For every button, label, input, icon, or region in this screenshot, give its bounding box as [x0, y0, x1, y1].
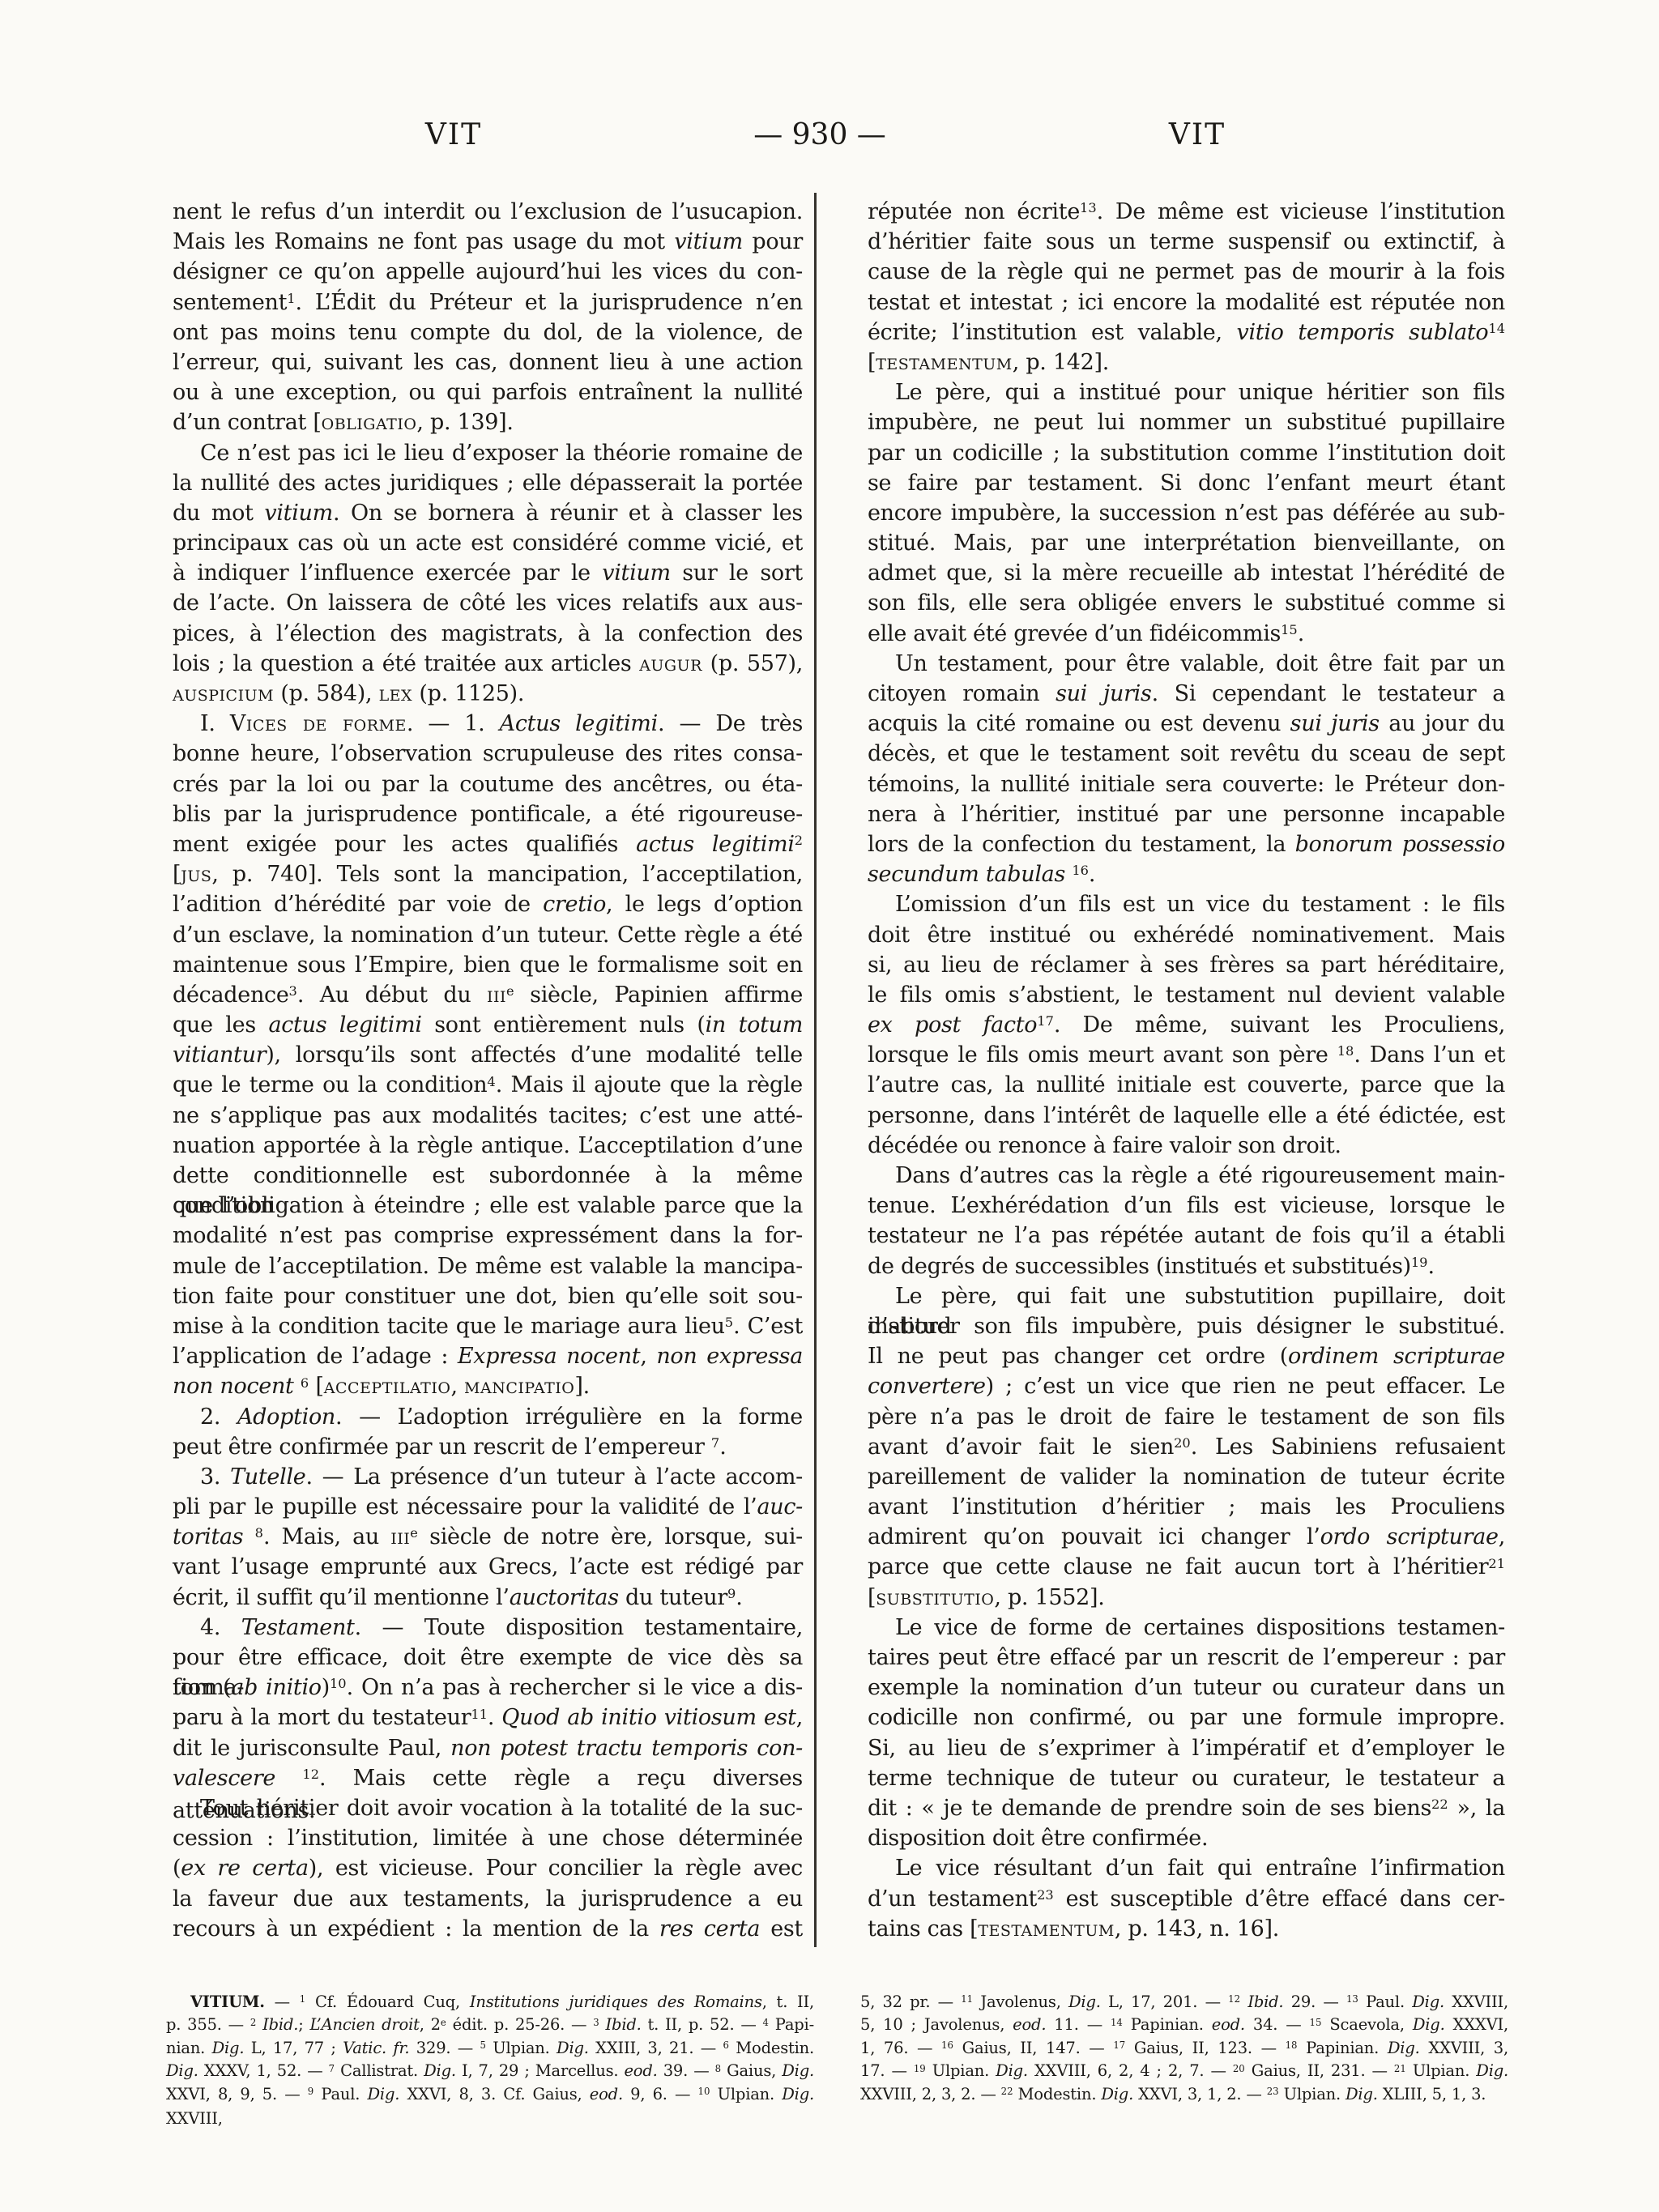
text-line: ex post facto17. De même, suivant les Pr… — [868, 1010, 1505, 1040]
text-line: Il ne peut pas changer cet ordre (ordine… — [868, 1341, 1505, 1371]
footnote-line: XXVI, 8, 9, 5. — 9 Paul. Dig. XXVI, 8, 3… — [166, 2083, 814, 2106]
text-line: citoyen romain sui juris. Si cependant l… — [868, 679, 1505, 709]
text-line: peut être confirmée par un rescrit de l’… — [173, 1432, 803, 1462]
text-line: auspicium (p. 584), lex (p. 1125). — [173, 679, 803, 709]
text-line: 3. Tutelle. — La présence d’un tuteur à … — [173, 1462, 803, 1492]
text-line: le fils omis s’abstient, le testament nu… — [868, 980, 1505, 1010]
text-line: L’omission d’un fils est un vice du test… — [868, 889, 1505, 919]
footnote-line: VITIUM. — 1 Cf. Édouard Cuq, Institution… — [166, 1991, 814, 2014]
text-line: bonne heure, l’observation scrupuleuse d… — [173, 739, 803, 769]
text-line: pices, à l’élection des magistrats, à la… — [173, 619, 803, 649]
text-line: dit le jurisconsulte Paul, non potest tr… — [173, 1733, 803, 1763]
text-line: Le père, qui fait une substutition pupil… — [868, 1281, 1505, 1311]
text-line: [jus, p. 740]. Tels sont la mancipation,… — [173, 859, 803, 889]
running-title-left: VIT — [389, 118, 518, 151]
text-line: instituer son fils impubère, puis désign… — [868, 1311, 1505, 1341]
text-line: 4. Testament. — Toute disposition testam… — [173, 1613, 803, 1643]
running-title-right: VIT — [1132, 118, 1262, 151]
text-line: paru à la mort du testateur11. Quod ab i… — [173, 1703, 803, 1733]
footnote-line: 5, 32 pr. — 11 Javolenus, Dig. L, 17, 20… — [860, 1991, 1508, 2014]
text-line: la faveur due aux testaments, la jurispr… — [173, 1884, 803, 1914]
text-line: recours à un expédient : la mention de l… — [173, 1914, 803, 1944]
text-line: disposition doit être confirmée. — [868, 1823, 1505, 1853]
text-line: que le terme ou la condition4. Mais il a… — [173, 1070, 803, 1100]
text-line: dette conditionnelle est subordonnée à l… — [173, 1161, 803, 1191]
text-line: la nullité des actes juridiques ; elle d… — [173, 468, 803, 498]
footnote-line: Dig. XXXV, 1, 52. — 7 Callistrat. Dig. I… — [166, 2060, 814, 2082]
text-line: tains cas [testamentum, p. 143, n. 16]. — [868, 1914, 1505, 1944]
page-number: — 930 — — [723, 118, 917, 151]
text-line: d’un contrat [obligatio, p. 139]. — [173, 407, 803, 437]
text-line: Ce n’est pas ici le lieu d’exposer la th… — [173, 438, 803, 468]
text-line: mise à la condition tacite que le mariag… — [173, 1311, 803, 1341]
text-line: si, au lieu de réclamer à ses frères sa … — [868, 950, 1505, 980]
text-line: impubère, ne peut lui nommer un substitu… — [868, 407, 1505, 437]
text-line: vant l’usage emprunté aux Grecs, l’acte … — [173, 1552, 803, 1582]
text-line: Tout héritier doit avoir vocation à la t… — [173, 1793, 803, 1823]
text-line: I. Vices de forme. — 1. Actus legitimi. … — [173, 709, 803, 739]
text-line: parce que cette clause ne fait aucun tor… — [868, 1552, 1505, 1582]
text-line: cession : l’institution, limitée à une c… — [173, 1823, 803, 1853]
text-line: de degrés de successibles (institués et … — [868, 1251, 1505, 1281]
text-line: son fils, elle sera obligée envers le su… — [868, 588, 1505, 618]
text-line: nera à l’héritier, institué par une pers… — [868, 799, 1505, 829]
text-line: tenue. L’exhérédation d’un fils est vici… — [868, 1191, 1505, 1221]
text-line: du mot vitium. On se bornera à réunir et… — [173, 498, 803, 528]
text-line: que l’obligation à éteindre ; elle est v… — [173, 1191, 803, 1221]
text-line: acquis la cité romaine ou est devenu sui… — [868, 709, 1505, 739]
text-line: personne, dans l’intérêt de laquelle ell… — [868, 1101, 1505, 1131]
text-line: se faire par testament. Si donc l’enfant… — [868, 468, 1505, 498]
text-line: à indiquer l’influence exercée par le vi… — [173, 558, 803, 588]
text-line: principaux cas où un acte est considéré … — [173, 528, 803, 558]
text-line: valescere 12. Mais cette règle a reçu di… — [173, 1763, 803, 1793]
text-line: tion (ab initio)10. On n’a pas à recherc… — [173, 1673, 803, 1703]
text-line: elle avait été grevée d’un fidéicommis15… — [868, 619, 1505, 649]
text-line: Un testament, pour être valable, doit êt… — [868, 649, 1505, 679]
text-line: [substitutio, p. 1552]. — [868, 1583, 1505, 1613]
column-divider-rule — [814, 193, 817, 1947]
text-line: décadence3. Au début du iiie siècle, Pap… — [173, 980, 803, 1010]
text-line: avant d’avoir fait le sien20. Les Sabini… — [868, 1432, 1505, 1462]
text-line: terme technique de tuteur ou curateur, l… — [868, 1763, 1505, 1793]
text-line: témoins, la nullité initiale sera couver… — [868, 769, 1505, 799]
text-line: ment exigée pour les actes qualifiés act… — [173, 829, 803, 859]
text-line: d’héritier faite sous un terme suspensif… — [868, 227, 1505, 257]
text-line: [testamentum, p. 142]. — [868, 347, 1505, 377]
text-line: testateur ne l’a pas répétée autant de f… — [868, 1221, 1505, 1251]
text-line: l’erreur, qui, suivant les cas, donnent … — [173, 347, 803, 377]
text-line: écrit, il suffit qu’il mentionne l’aucto… — [173, 1583, 803, 1613]
text-line: crés par la loi ou par la coutume des an… — [173, 769, 803, 799]
text-line: sentement1. L’Édit du Préteur et la juri… — [173, 288, 803, 318]
footnote-line: 1, 76. — 16 Gaius, II, 147. — 17 Gaius, … — [860, 2037, 1508, 2060]
text-line: que les actus legitimi sont entièrement … — [173, 1010, 803, 1040]
text-line: désigner ce qu’on appelle aujourd’hui le… — [173, 257, 803, 287]
text-line: avant l’institution d’héritier ; mais le… — [868, 1492, 1505, 1522]
footnote-block-left: VITIUM. — 1 Cf. Édouard Cuq, Institution… — [166, 1991, 814, 2106]
text-line: l’autre cas, la nullité initiale est cou… — [868, 1070, 1505, 1100]
footnote-line: XXVIII, 2, 3, 2. — 22 Modestin. Dig. XXV… — [860, 2083, 1508, 2106]
text-line: dit : « je te demande de prendre soin de… — [868, 1793, 1505, 1823]
text-line: ont pas moins tenu compte du dol, de la … — [173, 318, 803, 347]
text-line: tion faite pour constituer une dot, bien… — [173, 1281, 803, 1311]
text-line: pareillement de valider la nomination de… — [868, 1462, 1505, 1492]
text-line: lois ; la question a été traitée aux art… — [173, 649, 803, 679]
text-line: réputée non écrite13. De même est vicieu… — [868, 197, 1505, 227]
text-line: Le vice de forme de certaines dispositio… — [868, 1613, 1505, 1643]
text-line: 2. Adoption. — L’adoption irrégulière en… — [173, 1402, 803, 1432]
text-line: Si, au lieu de s’exprimer à l’impératif … — [868, 1733, 1505, 1763]
text-line: décès, et que le testament soit revêtu d… — [868, 739, 1505, 769]
footnote-line: 17. — 19 Ulpian. Dig. XXVIII, 6, 2, 4 ; … — [860, 2060, 1508, 2082]
text-line: père n’a pas le droit de faire le testam… — [868, 1402, 1505, 1432]
text-line: secundum tabulas 16. — [868, 859, 1505, 889]
text-line: lorsque le fils omis meurt avant son pèr… — [868, 1040, 1505, 1070]
text-line: non nocent 6 [acceptilatio, mancipatio]. — [173, 1371, 803, 1401]
text-line: taires peut être effacé par un rescrit d… — [868, 1643, 1505, 1673]
text-line: pour être efficace, doit être exempte de… — [173, 1643, 803, 1673]
text-line: blis par la jurisprudence pontificale, a… — [173, 799, 803, 829]
text-line: codicille non confirmé, ou par une formu… — [868, 1703, 1505, 1733]
text-line: pli par le pupille est nécessaire pour l… — [173, 1492, 803, 1522]
left-text-column: nent le refus d’un interdit ou l’exclusi… — [173, 197, 803, 1944]
text-line: cause de la règle qui ne permet pas de m… — [868, 257, 1505, 287]
text-line: écrite; l’institution est valable, vitio… — [868, 318, 1505, 347]
footnote-line: nian. Dig. L, 17, 77 ; Vatic. fr. 329. —… — [166, 2037, 814, 2060]
text-line: lors de la confection du testament, la b… — [868, 829, 1505, 859]
text-line: l’application de l’adage : Expressa noce… — [173, 1341, 803, 1371]
text-line: stitué. Mais, par une interprétation bie… — [868, 528, 1505, 558]
footnote-block-right: 5, 32 pr. — 11 Javolenus, Dig. L, 17, 20… — [860, 1991, 1508, 2106]
text-line: exemple la nomination d’un tuteur ou cur… — [868, 1673, 1505, 1703]
text-line: décédée ou renonce à faire valoir son dr… — [868, 1131, 1505, 1161]
text-line: nent le refus d’un interdit ou l’exclusi… — [173, 197, 803, 227]
text-line: maintenue sous l’Empire, bien que le for… — [173, 950, 803, 980]
text-line: doit être institué ou exhérédé nominativ… — [868, 920, 1505, 950]
text-line: vitiantur), lorsqu’ils sont affectés d’u… — [173, 1040, 803, 1070]
text-line: l’adition d’hérédité par voie de cretio,… — [173, 889, 803, 919]
text-line: d’un esclave, la nomination d’un tuteur.… — [173, 920, 803, 950]
text-line: ou à une exception, ou qui parfois entra… — [173, 377, 803, 407]
text-line: modalité n’est pas comprise expressément… — [173, 1221, 803, 1251]
text-line: admet que, si la mère recueille ab intes… — [868, 558, 1505, 588]
text-line: admirent qu’on pouvait ici changer l’ord… — [868, 1522, 1505, 1552]
text-line: Mais les Romains ne font pas usage du mo… — [173, 227, 803, 257]
text-line: Le père, qui a institué pour unique héri… — [868, 377, 1505, 407]
text-line: ne s’applique pas aux modalités tacites;… — [173, 1101, 803, 1131]
footnote-line: p. 355. — 2 Ibid.; L’Ancien droit, 2e éd… — [166, 2014, 814, 2036]
text-line: convertere) ; c’est un vice que rien ne … — [868, 1371, 1505, 1401]
footnote-line: 5, 10 ; Javolenus, eod. 11. — 14 Papinia… — [860, 2014, 1508, 2036]
text-line: encore impubère, la succession n’est pas… — [868, 498, 1505, 528]
right-text-column: réputée non écrite13. De même est vicieu… — [868, 197, 1505, 1944]
text-line: d’un testament23 est susceptible d’être … — [868, 1884, 1505, 1914]
text-line: toritas 8. Mais, au iiie siècle de notre… — [173, 1522, 803, 1552]
text-line: Le vice résultant d’un fait qui entraîne… — [868, 1853, 1505, 1883]
text-line: nuation apportée à la règle antique. L’a… — [173, 1131, 803, 1161]
text-line: (ex re certa), est vicieuse. Pour concil… — [173, 1853, 803, 1883]
text-line: par un codicille ; la substitution comme… — [868, 438, 1505, 468]
text-line: testat et intestat ; ici encore la modal… — [868, 288, 1505, 318]
text-line: Dans d’autres cas la règle a été rigoure… — [868, 1161, 1505, 1191]
text-line: mule de l’acceptilation. De même est val… — [173, 1251, 803, 1281]
running-head: VIT — 930 — VIT — [0, 118, 1659, 157]
scanned-dictionary-page: VIT — 930 — VIT nent le refus d’un inter… — [0, 0, 1659, 2212]
text-line: de l’acte. On laissera de côté les vices… — [173, 588, 803, 618]
